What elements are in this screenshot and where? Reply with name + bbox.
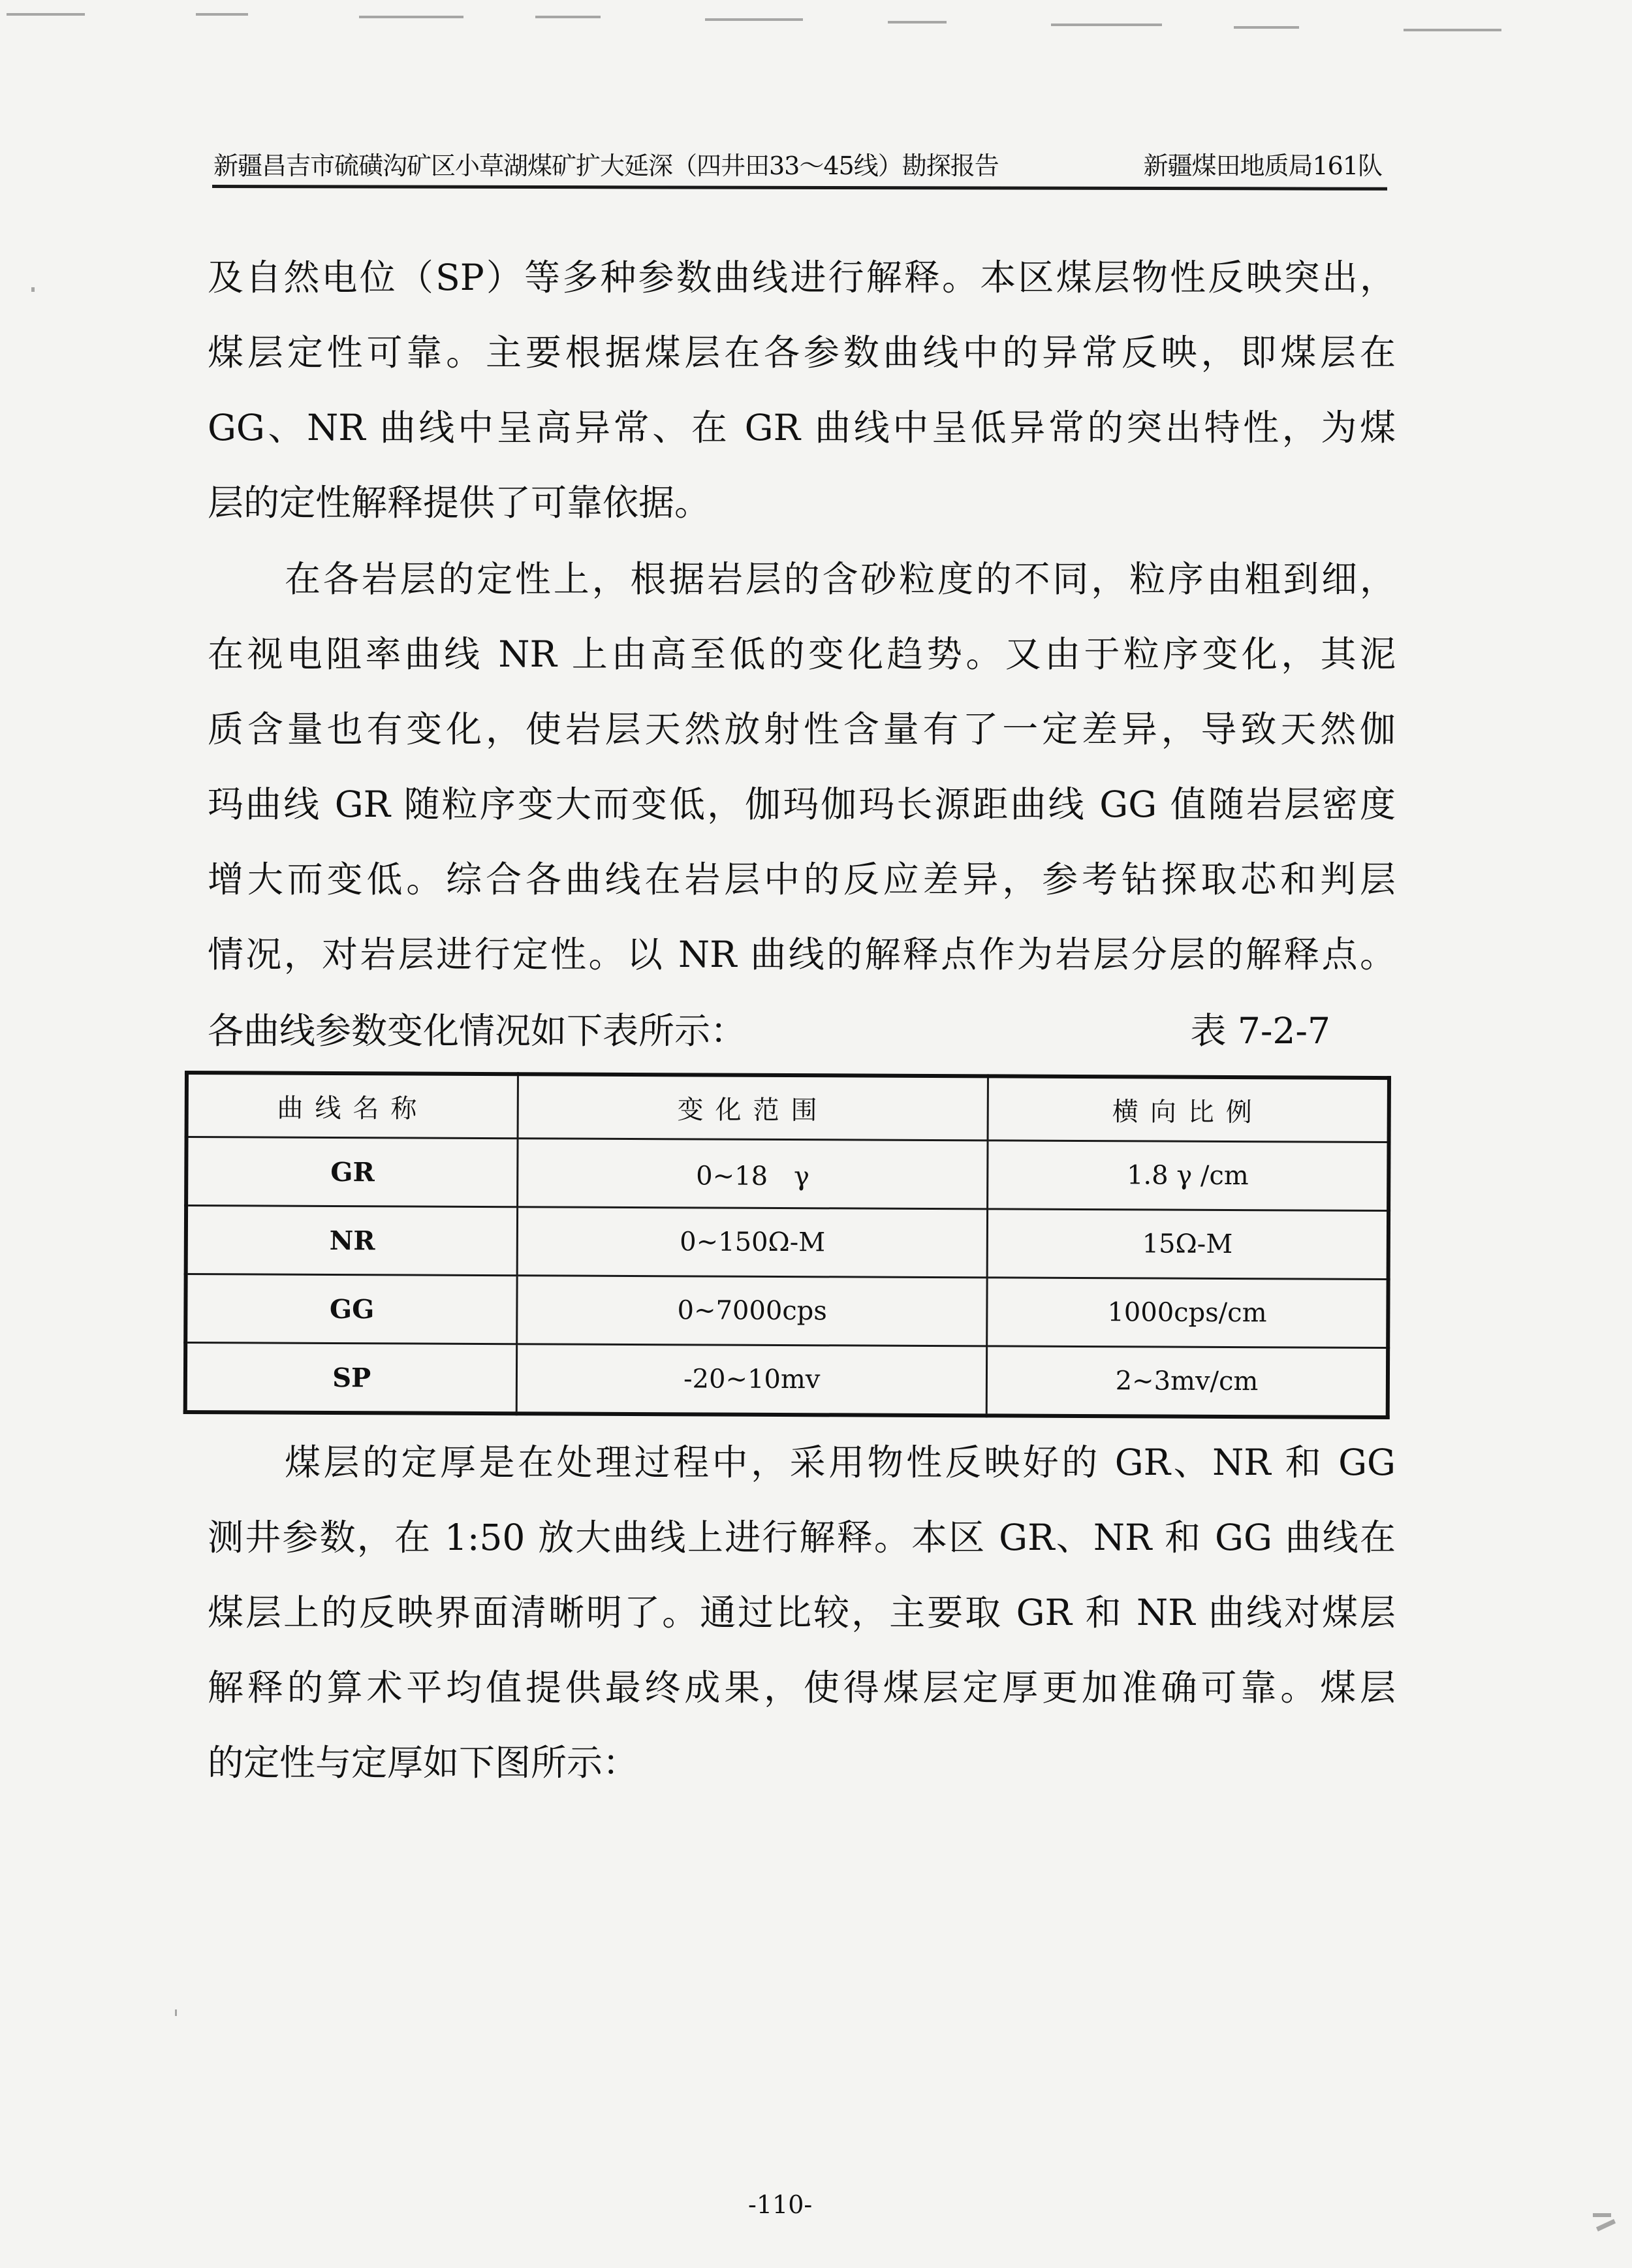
cell-range: 0~18 γ: [518, 1139, 988, 1209]
cell-curve-name: GR: [186, 1137, 518, 1207]
scan-mark: [175, 2009, 177, 2016]
scan-mark: [1593, 2213, 1611, 2217]
table-row: GG 0~7000cps 1000cps/cm: [185, 1274, 1388, 1348]
cell-scale: 1.8 γ /cm: [988, 1141, 1389, 1211]
header-scale: 横向比例: [988, 1076, 1389, 1142]
report-title: 新疆昌吉市硫磺沟矿区小草湖煤矿扩大延深（四井田33～45线）勘探报告: [213, 146, 999, 181]
text-line: 玛曲线 GR 随粒序变大而变低，伽玛伽玛长源距曲线 GG 值随岩层密度: [208, 767, 1396, 842]
cell-scale: 1000cps/cm: [987, 1278, 1389, 1348]
paragraph-rock-layer-qualitative: 在各岩层的定性上，根据岩层的含砂粒度的不同，粒序由粗到细， 在视电阻率曲线 NR…: [208, 542, 1396, 992]
text-line: 煤层定性可靠。主要根据煤层在各参数曲线中的异常反映，即煤层在: [208, 315, 1396, 390]
text-line: 测井参数，在 1:50 放大曲线上进行解释。本区 GR、NR 和 GG 曲线在: [208, 1500, 1396, 1575]
text-line: GG、NR 曲线中呈高异常、在 GR 曲线中呈低异常的突出特性，为煤: [208, 390, 1396, 465]
scan-mark: [31, 287, 35, 292]
header-divider: [212, 185, 1387, 191]
text-line: 在各岩层的定性上，根据岩层的含砂粒度的不同，粒序由粗到细，: [208, 542, 1396, 617]
table-intro-text: 各曲线参数变化情况如下表所示：: [208, 1002, 746, 1054]
cell-curve-name: NR: [186, 1206, 518, 1276]
text-line: 的定性与定厚如下图所示：: [208, 1725, 1396, 1801]
cell-scale: 15Ω-M: [987, 1209, 1389, 1280]
paragraph-coal-seam-thickness: 煤层的定厚是在处理过程中，采用物性反映好的 GR、NR 和 GG 测井参数，在 …: [208, 1425, 1396, 1801]
curve-parameter-table: 曲线名称 变化范围 横向比例 GR 0~18 γ 1.8 γ /cm NR 0~…: [183, 1071, 1391, 1419]
scan-mark: [1596, 2219, 1616, 2231]
table-header-row: 曲线名称 变化范围 横向比例: [187, 1073, 1389, 1142]
header-range: 变化范围: [518, 1074, 988, 1141]
text-line: 煤层上的反映界面清晰明了。通过比较，主要取 GR 和 NR 曲线对煤层: [208, 1575, 1396, 1650]
table-row: SP -20~10mv 2~3mv/cm: [185, 1343, 1388, 1418]
text-line: 在视电阻率曲线 NR 上由高至低的变化趋势。又由于粒序变化，其泥: [208, 617, 1396, 692]
text-line: 煤层的定厚是在处理过程中，采用物性反映好的 GR、NR 和 GG: [208, 1425, 1396, 1500]
text-line: 增大而变低。综合各曲线在岩层中的反应差异，参考钻探取芯和判层: [208, 842, 1396, 917]
table-caption: 各曲线参数变化情况如下表所示： 表 7-2-7: [208, 992, 1370, 1058]
table-row: NR 0~150Ω-M 15Ω-M: [186, 1206, 1389, 1280]
text-line: 解释的算术平均值提供最终成果，使得煤层定厚更加准确可靠。煤层: [208, 1650, 1396, 1725]
cell-range: 0~150Ω-M: [518, 1207, 988, 1278]
cell-range: 0~7000cps: [517, 1276, 987, 1346]
cell-curve-name: SP: [185, 1343, 517, 1414]
text-line: 及自然电位（SP）等多种参数曲线进行解释。本区煤层物性反映突出，: [208, 240, 1396, 315]
table-number: 表 7-2-7: [1190, 1002, 1330, 1054]
text-line: 层的定性解释提供了可靠依据。: [208, 465, 1396, 541]
organization-name: 新疆煤田地质局161队: [1143, 146, 1382, 181]
header-curve-name: 曲线名称: [187, 1073, 518, 1139]
page-header: 新疆昌吉市硫磺沟矿区小草湖煤矿扩大延深（四井田33～45线）勘探报告 新疆煤田地…: [212, 140, 1387, 180]
text-line: 质含量也有变化，使岩层天然放射性含量有了一定差异，导致天然伽: [208, 692, 1396, 767]
paragraph-coal-seam-qualitative: 及自然电位（SP）等多种参数曲线进行解释。本区煤层物性反映突出， 煤层定性可靠。…: [208, 240, 1396, 541]
table-row: GR 0~18 γ 1.8 γ /cm: [186, 1137, 1389, 1211]
cell-scale: 2~3mv/cm: [986, 1346, 1388, 1417]
page-number: -110-: [748, 2190, 812, 2219]
cell-range: -20~10mv: [517, 1344, 987, 1416]
text-line: 情况，对岩层进行定性。以 NR 曲线的解释点作为岩层分层的解释点。: [208, 917, 1396, 992]
scan-artifact-strip: [0, 8, 1632, 34]
cell-curve-name: GG: [185, 1274, 517, 1344]
